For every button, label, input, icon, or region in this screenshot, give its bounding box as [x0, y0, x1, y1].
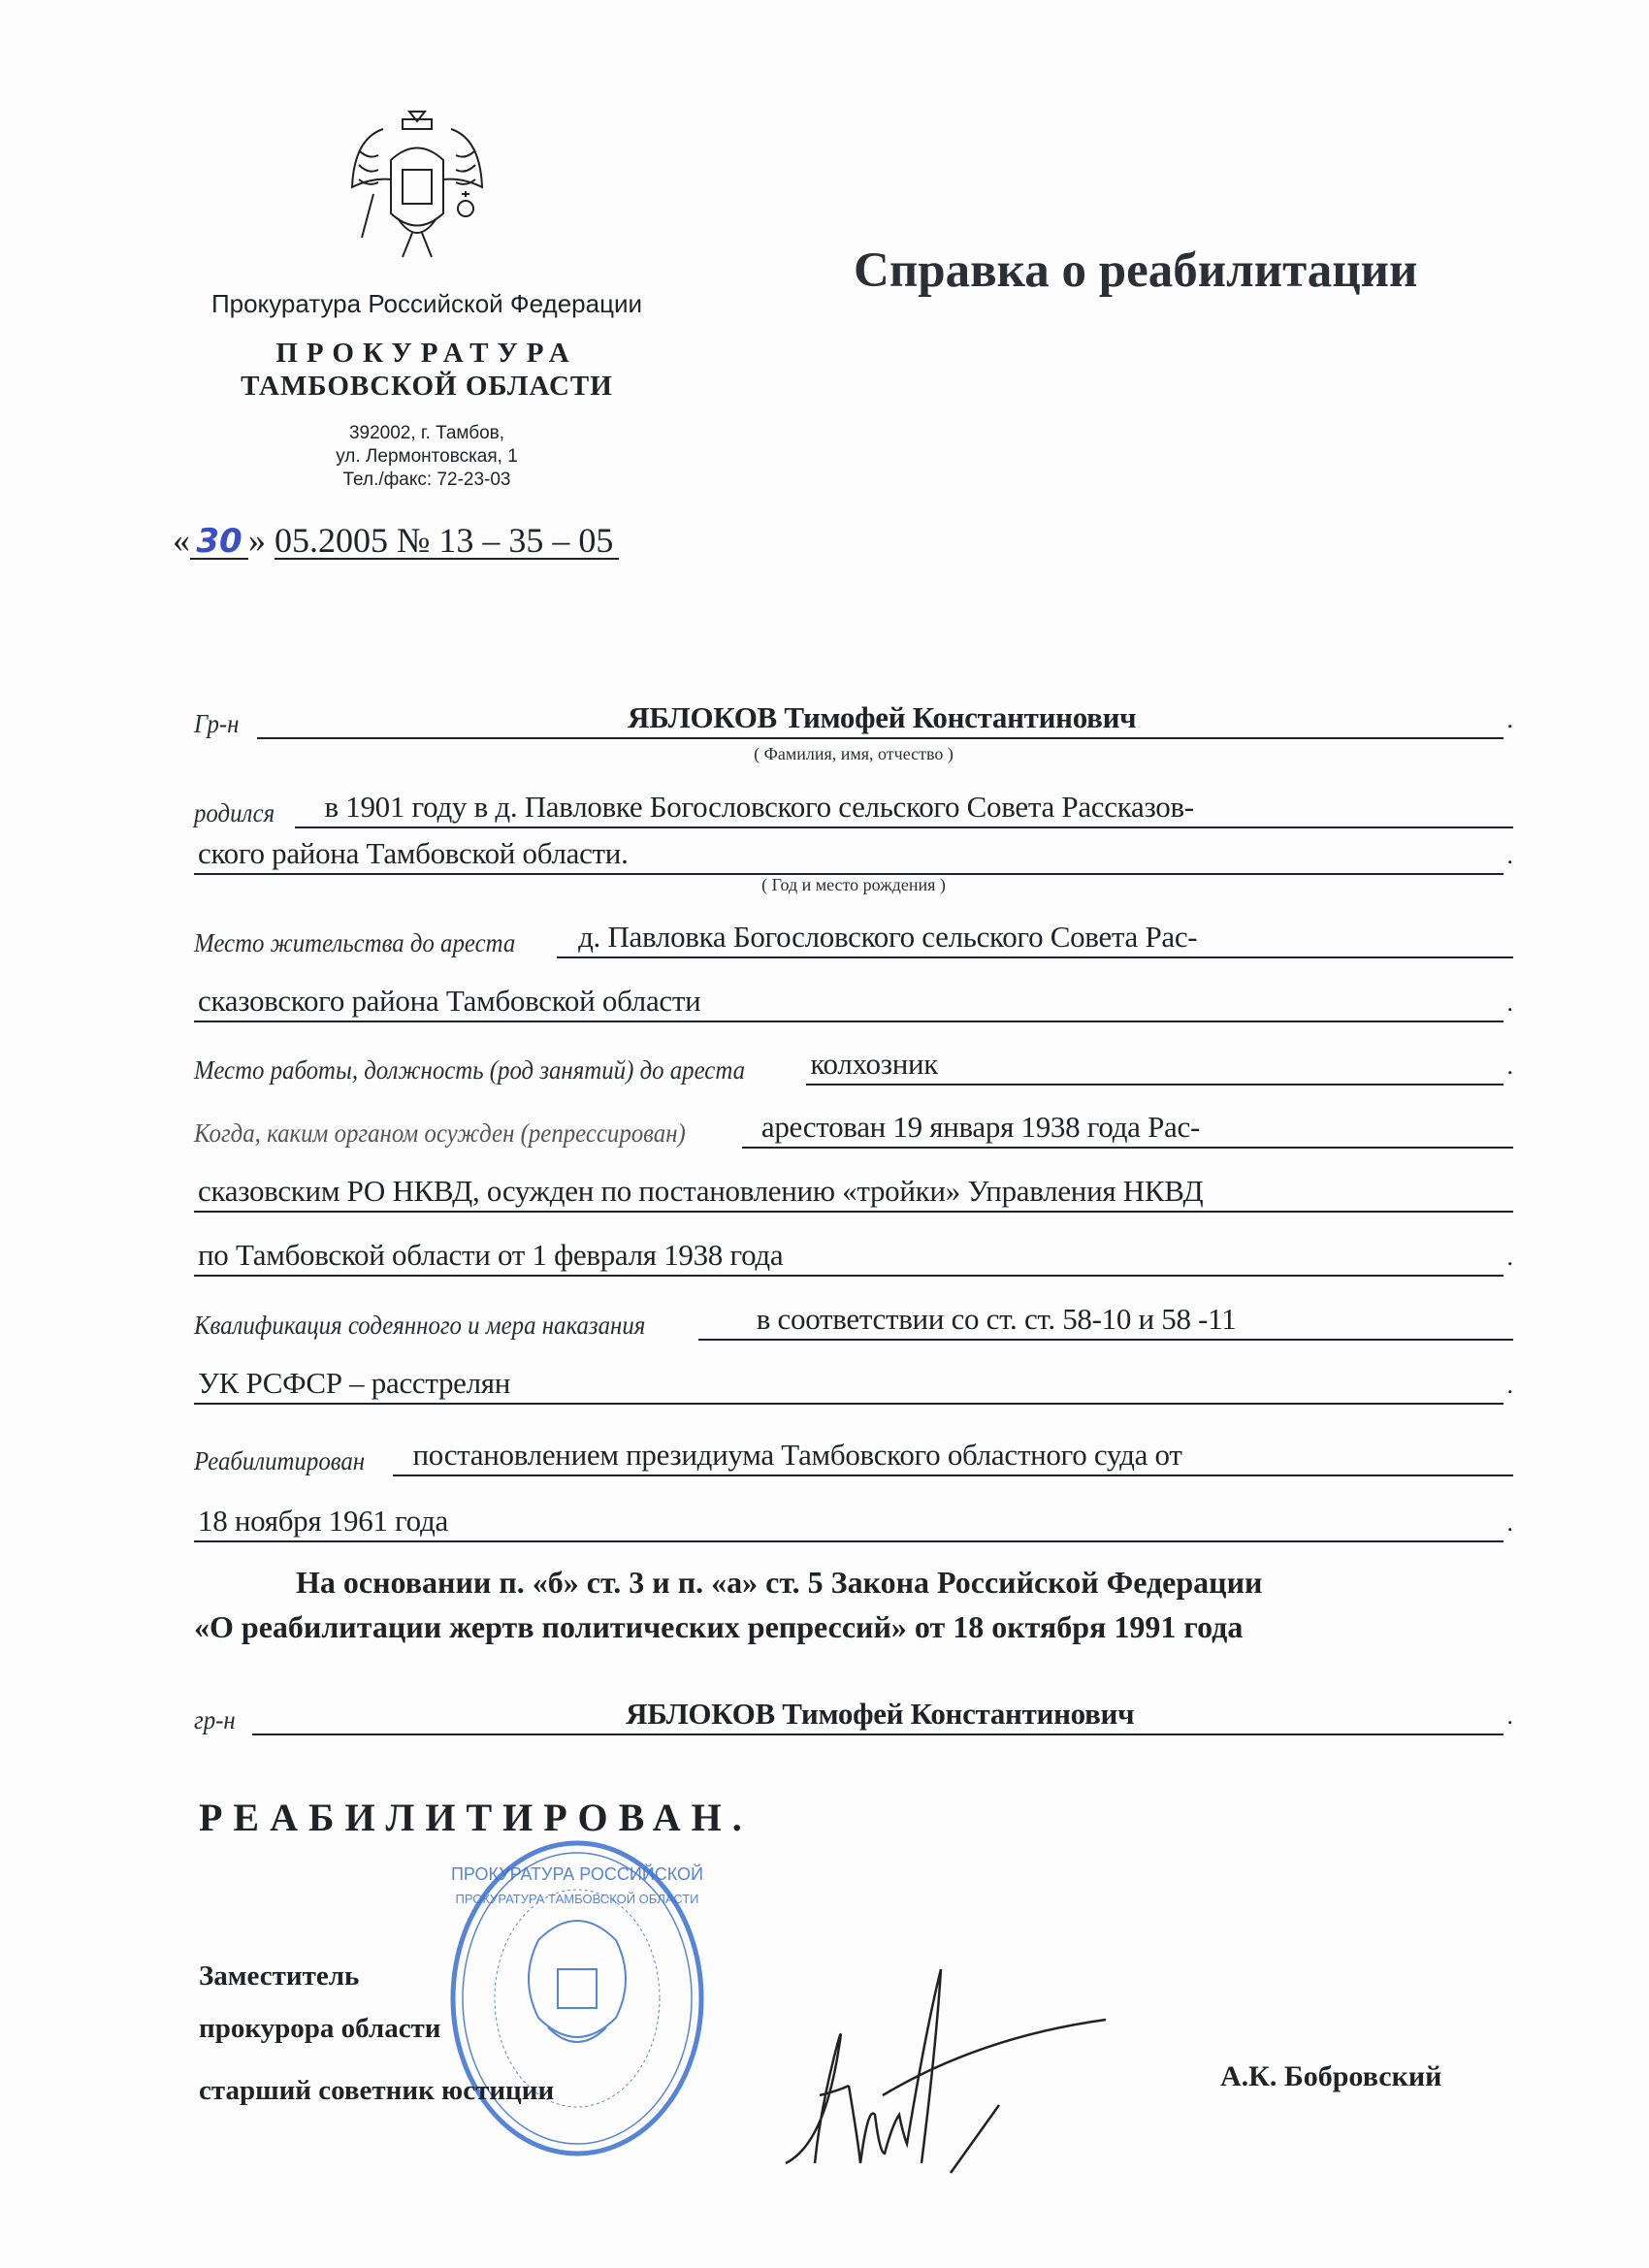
legal-basis-line: На основании п. «б» ст. 3 и п. «а» ст. 5…	[194, 1560, 1513, 1604]
field-label: Гр-н	[194, 709, 239, 739]
qualification-row-cont: УК РСФСР – расстрелян .	[194, 1362, 1513, 1405]
org-name-line1: ПРОКУРАТУРА	[155, 338, 698, 370]
date-and-reg-number: 05.2005 № 13 – 35 – 05	[275, 523, 619, 560]
svg-text:ПРОКУРАТУРА ТАМБОВСКОЙ ОБЛАСТИ: ПРОКУРАТУРА ТАМБОВСКОЙ ОБЛАСТИ	[456, 1892, 699, 1906]
phone-fax: Тел./факс: 72-23-03	[155, 469, 698, 492]
qualification-value: в соответствии со ст. ст. 58-10 и 58 -11	[698, 1300, 1513, 1341]
repression-row-cont2: по Тамбовской области от 1 февраля 1938 …	[194, 1234, 1513, 1277]
coat-of-arms-icon	[344, 102, 490, 262]
qualification-value-cont: УК РСФСР – расстрелян	[194, 1364, 1503, 1405]
residence-row-cont: сказовского района Тамбовской области .	[194, 980, 1513, 1022]
residence-row: Место жительства до ареста д. Павловка Б…	[194, 916, 1513, 958]
field-label: Место работы, должность (род занятий) до…	[194, 1055, 745, 1085]
work-row: Место работы, должность (род занятий) до…	[194, 1043, 1513, 1085]
citizen-name: ЯБЛОКОВ Тимофей Константинович	[257, 698, 1504, 739]
birth-row-cont: ского района Тамбовской области. .	[194, 832, 1513, 875]
citizen-name-repeat: ЯБЛОКОВ Тимофей Константинович	[252, 1695, 1503, 1735]
residence-value: д. Павловка Богословского сельского Сове…	[557, 918, 1513, 958]
legal-basis-line: «О реабилитации жертв политических репре…	[194, 1604, 1513, 1649]
repression-value: арестован 19 января 1938 года Рас-	[742, 1108, 1513, 1149]
citizen-row: Гр-н ЯБЛОКОВ Тимофей Константинович .	[194, 697, 1513, 739]
signer-name: А.К. Бобровский	[1220, 2060, 1441, 2093]
citizen-repeat-row: гр-н ЯБЛОКОВ Тимофей Константинович .	[194, 1693, 1513, 1735]
org-address: 392002, г. Тамбов, ул. Лермонтовская, 1 …	[155, 422, 698, 492]
handwritten-signature	[776, 1930, 1212, 2183]
org-name-line2: ТАМБОВСКОЙ ОБЛАСТИ	[155, 371, 698, 403]
org-parent-name: Прокуратура Российской Федерации	[155, 289, 698, 319]
field-label: гр-н	[194, 1705, 236, 1735]
birth-value: в 1901 году в д. Павловке Богословского …	[295, 788, 1513, 828]
field-label: Когда, каким органом осужден (репрессиро…	[194, 1118, 686, 1149]
repression-value-cont2: по Тамбовской области от 1 февраля 1938 …	[194, 1236, 1503, 1277]
field-label: Место жительства до ареста	[194, 928, 515, 958]
address-line: 392002, г. Тамбов,	[155, 422, 698, 445]
rehabilitated-row: Реабилитирован постановлением президиума…	[194, 1434, 1513, 1476]
work-value: колхозник	[806, 1045, 1503, 1085]
repression-row-cont: сказовским РО НКВД, осужден по постановл…	[194, 1170, 1513, 1213]
document-date-number: «30» 05.2005 № 13 – 35 – 05	[173, 520, 619, 561]
rehabilitated-row-cont: 18 ноября 1961 года .	[194, 1500, 1513, 1542]
legal-basis: На основании п. «б» ст. 3 и п. «а» ст. 5…	[194, 1560, 1513, 1649]
field-label: Квалификация содеянного и мера наказания	[194, 1311, 645, 1341]
field-hint: ( Фамилия, имя, отчество )	[194, 744, 1513, 764]
field-hint: ( Год и место рождения )	[194, 875, 1513, 895]
signer-position: Заместитель прокурора области старший со…	[199, 1950, 554, 2117]
handwritten-day: 30	[190, 525, 248, 560]
residence-value-cont: сказовского района Тамбовской области	[194, 982, 1503, 1022]
field-label: родился	[194, 798, 275, 828]
address-line: ул. Лермонтовская, 1	[155, 445, 698, 469]
repression-value-cont: сказовским РО НКВД, осужден по постановл…	[194, 1172, 1513, 1213]
birth-value-cont: ского района Тамбовской области.	[194, 834, 1503, 875]
rehabilitated-value-cont: 18 ноября 1961 года	[194, 1502, 1503, 1542]
field-label: Реабилитирован	[194, 1446, 365, 1476]
document-title: Справка о реабилитации	[854, 243, 1533, 299]
rehabilitated-value: постановлением президиума Тамбовского об…	[393, 1436, 1513, 1476]
repression-row: Когда, каким органом осужден (репрессиро…	[194, 1106, 1513, 1149]
svg-text:ПРОКУРАТУРА РОССИЙСКОЙ: ПРОКУРАТУРА РОССИЙСКОЙ	[451, 1863, 703, 1884]
birth-row: родился в 1901 году в д. Павловке Богосл…	[194, 786, 1513, 828]
qualification-row: Квалификация содеянного и мера наказания…	[194, 1298, 1513, 1341]
